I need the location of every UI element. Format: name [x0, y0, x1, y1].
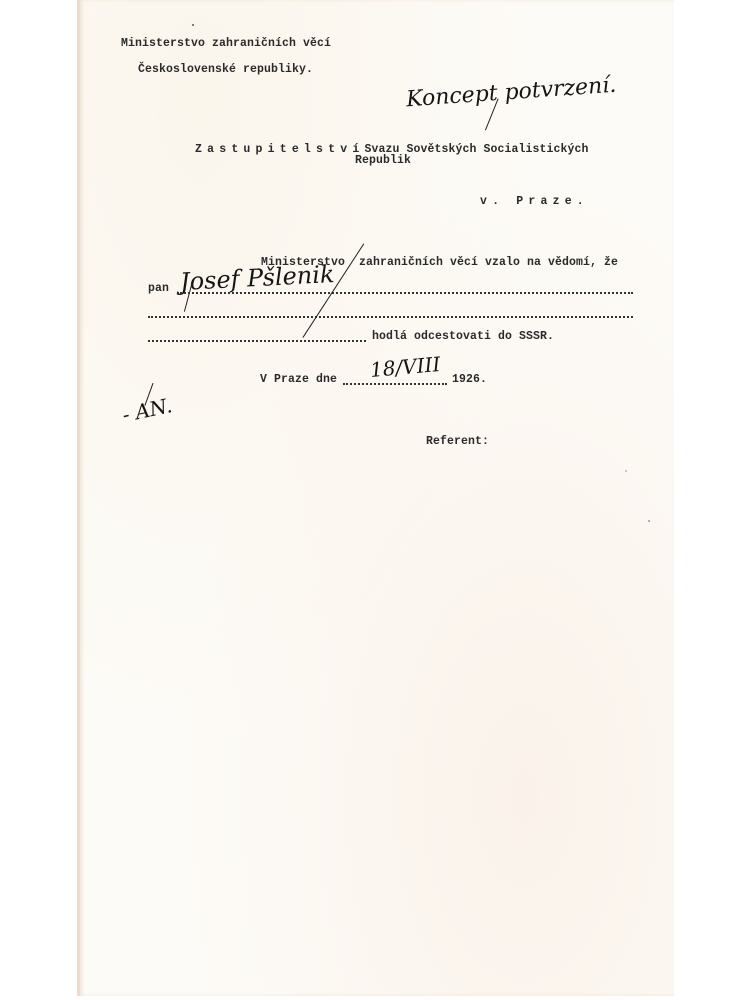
addressee-embassy-word: Zastupitelství — [195, 143, 364, 156]
body-line3-end: hodlá odcestovati do SSSR. — [372, 330, 554, 343]
pan-label: pan — [148, 282, 169, 295]
date-dotted-line — [343, 383, 447, 385]
dotted-fill-line-1 — [177, 292, 633, 294]
dotted-fill-line-2 — [148, 316, 633, 318]
ministry-header-line2: Československé republiky. — [138, 63, 313, 76]
ink-dot — [192, 24, 194, 26]
paper-speck — [648, 520, 650, 522]
dotted-fill-line-3 — [148, 340, 366, 342]
ministry-header-line1: Ministerstvo zahraničních věcí — [121, 37, 331, 50]
date-prefix: V Praze dne — [260, 373, 337, 386]
paper-speck — [625, 470, 627, 472]
handwritten-annotation-concept: Koncept potvrzení. — [405, 73, 617, 113]
date-year: 1926. — [452, 373, 487, 386]
handwritten-date: 18/VIII — [369, 352, 441, 382]
referent-label: Referent: — [426, 435, 489, 448]
addressee-line2: Republik — [355, 154, 411, 167]
handwritten-name: Josef Pšlenik — [179, 260, 335, 296]
addressee-place: v. Praze. — [480, 195, 589, 208]
document-page: Ministerstvo zahraničních věcí Českoslov… — [77, 0, 674, 996]
